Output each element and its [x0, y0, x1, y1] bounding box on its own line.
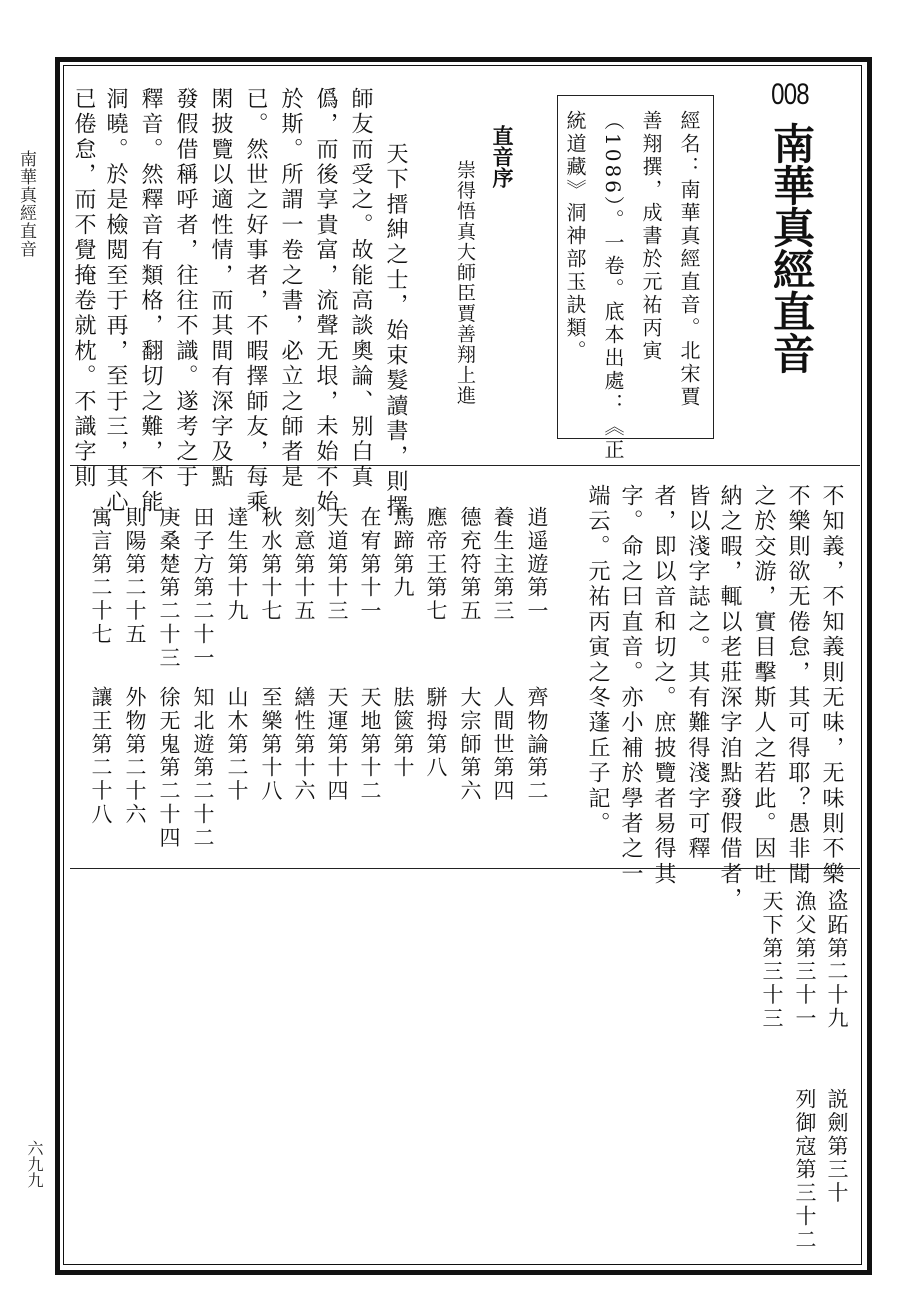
toc-entry[interactable]: 列御寇第三十二: [790, 1088, 820, 1252]
toc-entry[interactable]: 外物第二十六: [120, 686, 150, 826]
preface-column: 者，即以音和切之。庶披覽者易得其: [652, 484, 674, 887]
toc-entry[interactable]: 讓王第二十八: [86, 686, 116, 826]
page-number: 六九九: [23, 1140, 46, 1188]
toc-entry[interactable]: 繕性第十六: [289, 686, 319, 803]
toc-entry[interactable]: 胠篋第十: [388, 686, 418, 780]
preface-column: 端云。元祐丙寅之冬蓬丘子記。: [586, 484, 608, 837]
toc-entry[interactable]: 逍遥遊第一: [522, 506, 552, 623]
preface-column: 師友而受之。故能高談奧論、别白真: [349, 87, 371, 490]
toc-entry[interactable]: 大宗師第六: [455, 686, 485, 803]
toc-entry[interactable]: 天運第十四: [322, 686, 352, 803]
preface-column: 發假借稱呼者，往往不識。遂考之于: [174, 87, 196, 490]
toc-entry[interactable]: 德充符第五: [455, 506, 485, 623]
toc-entry[interactable]: 齊物論第二: [522, 686, 552, 803]
preface-column: 已。然世之好事者，不暇擇師友，每乘: [244, 87, 266, 515]
bibliographic-note-box: 經名：南華真經直音。北宋賈 善翔撰，成書於元祐丙寅 （1086）。一卷。底本出處…: [557, 95, 714, 439]
toc-entry[interactable]: 應帝王第七: [421, 506, 451, 623]
toc-entry[interactable]: 駢拇第八: [421, 686, 451, 780]
toc-entry[interactable]: 庚桑楚第二十三: [154, 506, 184, 670]
preface-heading: 直音序: [487, 125, 517, 188]
preface-column: 於斯。所謂一卷之書，必立之師者是: [279, 87, 301, 490]
toc-entry[interactable]: 養生主第三: [488, 506, 518, 623]
preface-column: 字。命之曰直音。亦小補於學者之一: [619, 484, 641, 887]
preface-column: 皆以淺字誌之。其有難得淺字可釋: [686, 484, 708, 862]
preface-column: 不知義，不知義則无味，无味則不樂，: [820, 484, 842, 912]
preface-column: 閑披覽以適性情，而其間有深字及點: [209, 87, 231, 490]
preface-column: 已倦怠，而不覺掩卷就枕。不識字則: [72, 87, 94, 490]
document-number: 008: [770, 78, 810, 112]
running-head: 南華真經直音: [14, 150, 39, 258]
toc-entry[interactable]: 寓言第二十七: [86, 506, 116, 646]
note-line: （1086）。一卷。底本出處：《正: [596, 110, 629, 462]
preface-column: 洞曉。於是檢閲至于再，至于三，其心: [104, 87, 126, 515]
preface-column: 天下搢紳之士，始束髮讀書，則擇: [384, 142, 406, 520]
document-title: 南華真經直音: [768, 122, 814, 374]
toc-entry[interactable]: 刻意第十五: [289, 506, 319, 623]
toc-entry[interactable]: 達生第十九: [222, 506, 252, 623]
toc-entry[interactable]: 至樂第十八: [256, 686, 286, 803]
toc-entry[interactable]: 秋水第十七: [256, 506, 286, 623]
toc-entry[interactable]: 盗跖第二十九: [822, 890, 852, 1030]
note-line: 統道藏》洞神部玉訣類。: [558, 110, 591, 363]
preface-column: 不樂則欲无倦怠，其可得耶？愚非聞: [786, 484, 808, 887]
toc-entry[interactable]: 説劍第三十: [822, 1088, 852, 1205]
preface-author: 崇得悟真大師臣賈善翔上進: [452, 160, 479, 406]
note-line: 經名：南華真經直音。北宋賈: [672, 110, 705, 409]
toc-entry[interactable]: 山木第二十: [222, 686, 252, 803]
preface-column: 釋音。然釋音有類格，翻切之難，不能: [139, 87, 161, 515]
toc-entry[interactable]: 天地第十二: [355, 686, 385, 803]
toc-entry[interactable]: 馬蹄第九: [388, 506, 418, 600]
toc-entry[interactable]: 漁父第三十一: [790, 890, 820, 1030]
toc-entry[interactable]: 知北遊第二十二: [188, 686, 218, 850]
toc-entry[interactable]: 在宥第十一: [355, 506, 385, 623]
preface-column: 僞，而後享貴富，流聲无垠，未始不始: [314, 87, 336, 515]
toc-entry[interactable]: 田子方第二十一: [188, 506, 218, 670]
toc-entry[interactable]: 天下第三十三: [757, 890, 787, 1030]
toc-entry[interactable]: 天道第十三: [322, 506, 352, 623]
toc-entry[interactable]: 徐无鬼第二十四: [154, 686, 184, 850]
preface-column: 納之暇，輒以老莊深字洎點發假借者，: [718, 484, 740, 912]
preface-column: 之於交游，實目擊斯人之若此。因吐: [752, 484, 774, 887]
toc-entry[interactable]: 則陽第二十五: [120, 506, 150, 646]
note-line: 善翔撰，成書於元祐丙寅: [634, 110, 667, 363]
toc-entry[interactable]: 人間世第四: [488, 686, 518, 803]
